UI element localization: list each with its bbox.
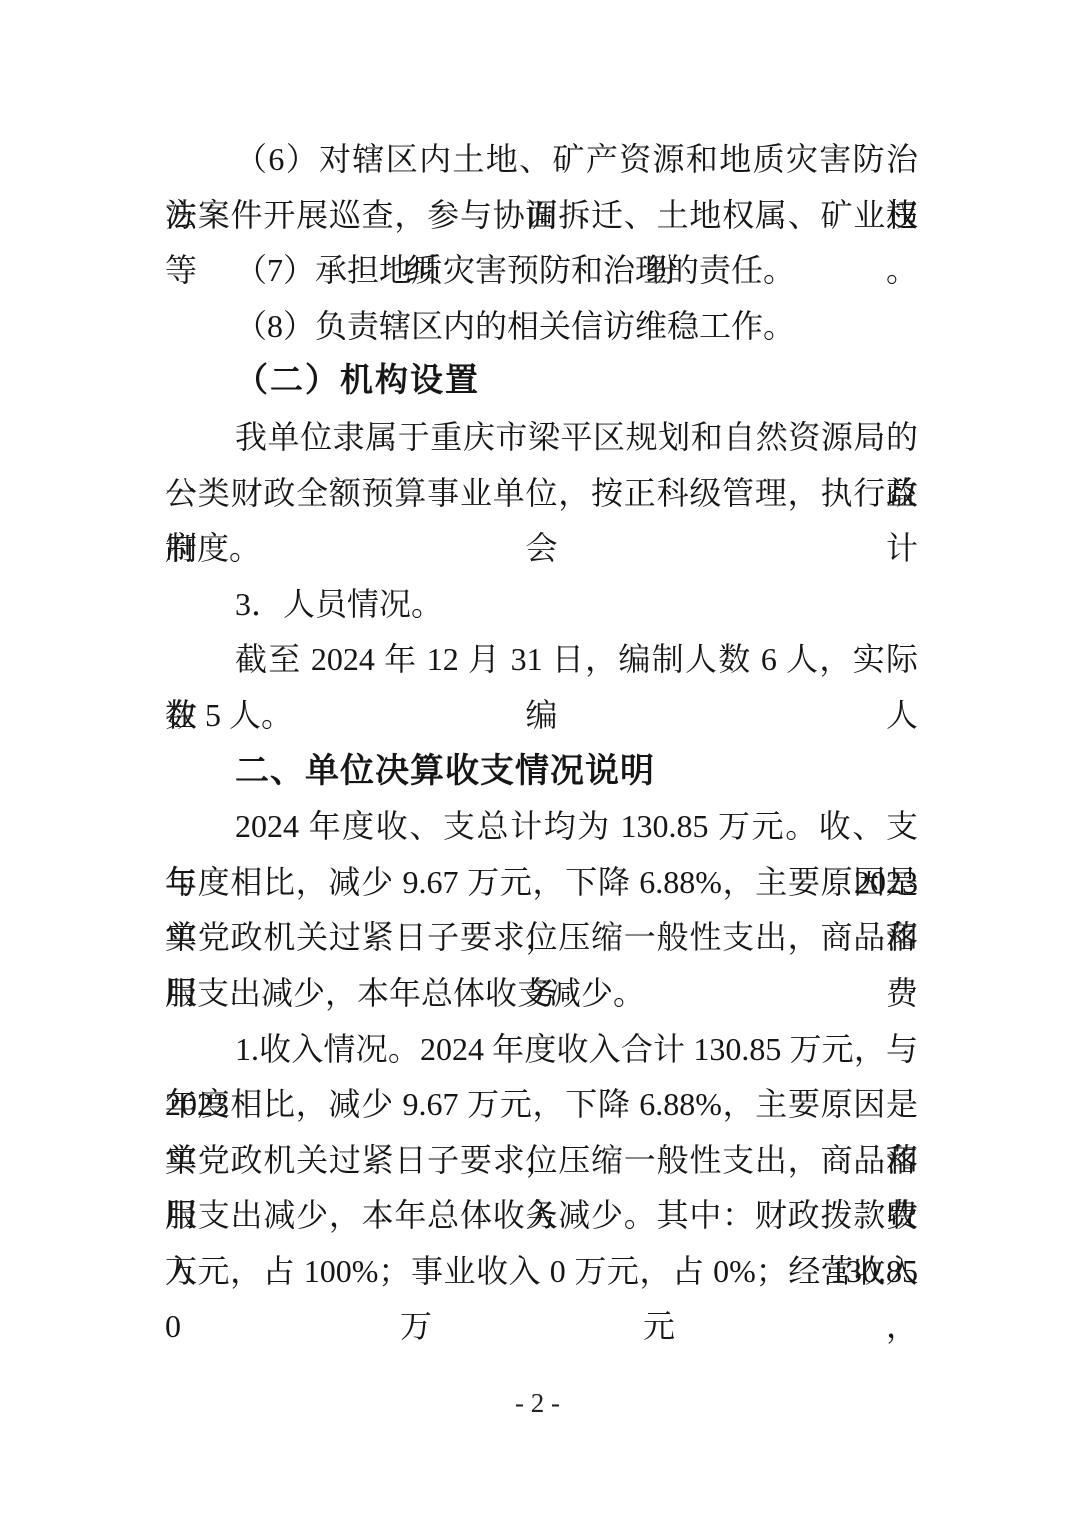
text-line: 2024 年度收、支总计均为 130.85 万元。收、支与 2023 (165, 799, 918, 855)
text-line: 年度相比，减少 9.67 万元，下降 6.88%，主要原因是单位落 (165, 855, 918, 911)
text-line: 实党政机关过紧日子要求，压缩一般性支出，商品和服务费 (165, 910, 918, 966)
section-heading-org-setup: （二）机构设置 (165, 354, 918, 410)
document-body: （6）对辖区内土地、矿产资源和地质灾害防治方面违 法案件开展巡查，参与协调拆迁、… (165, 132, 918, 1299)
text-line: （6）对辖区内土地、矿产资源和地质灾害防治方面违 (165, 132, 918, 188)
text-line: 法案件开展巡查，参与协调拆迁、土地权属、矿业权等纠纷。 (165, 188, 918, 244)
section-heading-budget-statement: 二、单位决算收支情况说明 (165, 744, 918, 800)
page-number: - 2 - (0, 1388, 1075, 1419)
text-line: 实党政机关过紧日子要求，压缩一般性支出，商品和服务费 (165, 1133, 918, 1189)
text-line: 截至 2024 年 12 月 31 日，编制人数 6 人，实际在编人 (165, 632, 918, 688)
text-line: （8）负责辖区内的相关信访维稳工作。 (165, 299, 918, 355)
text-line: 用支出减少，本年总体收入减少。其中：财政拨款收入 130.85 (165, 1188, 918, 1244)
text-line: 3．人员情况。 (165, 577, 918, 633)
text-line: 我单位隶属于重庆市梁平区规划和自然资源局的公益 (165, 410, 918, 466)
text-line: 年度相比，减少 9.67 万元，下降 6.88%，主要原因是单位落 (165, 1077, 918, 1133)
text-line: 1.收入情况。2024 年度收入合计 130.85 万元，与 2023 (165, 1022, 918, 1078)
text-line: 一类财政全额预算事业单位，按正科级管理，执行政府会计 (165, 466, 918, 522)
text-line: 万元，占 100%；事业收入 0 万元，占 0%；经营收入 0 万元， (165, 1244, 918, 1300)
document-page: （6）对辖区内土地、矿产资源和地质灾害防治方面违 法案件开展巡查，参与协调拆迁、… (0, 0, 1075, 1520)
